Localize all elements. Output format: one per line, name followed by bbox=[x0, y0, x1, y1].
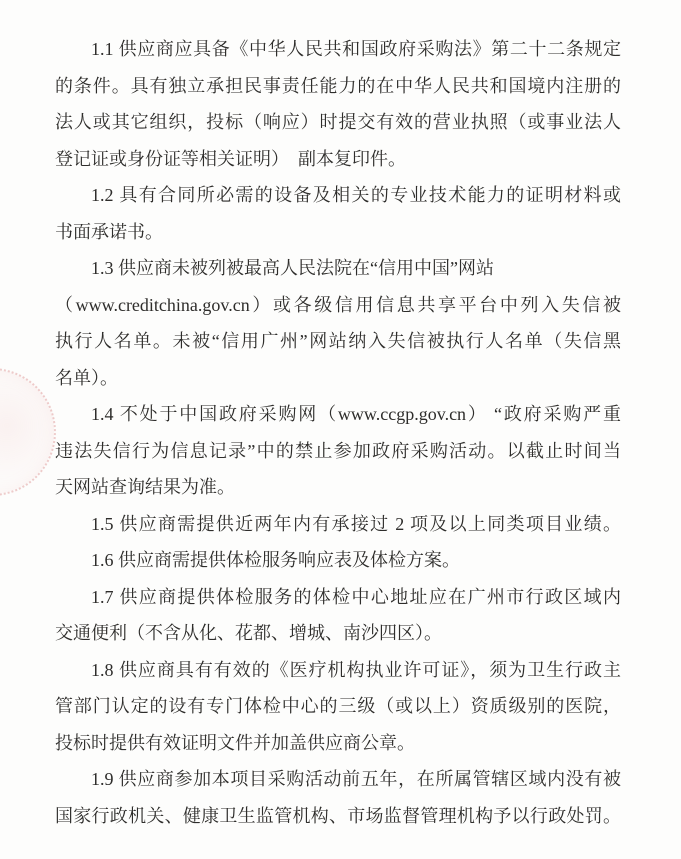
document-line: 投标时提供有效证明文件并加盖供应商公章。 bbox=[55, 725, 621, 762]
document-line: 1.9 供应商参加本项目采购活动前五年，在所属管辖区域内没有被 bbox=[55, 761, 621, 798]
document-line: 天网站查询结果为准。 bbox=[55, 469, 621, 506]
document-line: 1.2 具有合同所必需的设备及相关的专业技术能力的证明材料或 bbox=[55, 177, 621, 214]
document-line: 执行人名单。未被“信用广州”网站纳入失信被执行人名单（失信黑 bbox=[55, 323, 621, 360]
document-line: 1.7 供应商提供体检服务的体检中心地址应在广州市行政区域内 bbox=[55, 579, 621, 616]
document-line: 的条件。具有独立承担民事责任能力的在中华人民共和国境内注册的 bbox=[55, 68, 621, 105]
document-line: 1.4 不处于中国政府采购网（www.ccgp.gov.cn） “政府采购严重 bbox=[55, 396, 621, 433]
document-body: 1.1 供应商应具备《中华人民共和国政府采购法》第二十二条规定的条件。具有独立承… bbox=[55, 31, 621, 834]
red-seal-stamp-partial bbox=[0, 368, 56, 496]
document-line: 登记证或身份证等相关证明） 副本复印件。 bbox=[55, 141, 621, 178]
document-line: 1.5 供应商需提供近两年内有承接过 2 项及以上同类项目业绩。 bbox=[55, 506, 621, 543]
document-line: （www.creditchina.gov.cn）或各级信用信息共享平台中列入失信… bbox=[55, 287, 621, 324]
document-line: 1.3 供应商未被列被最高人民法院在“信用中国”网站 bbox=[55, 250, 621, 287]
document-line: 1.1 供应商应具备《中华人民共和国政府采购法》第二十二条规定 bbox=[55, 31, 621, 68]
document-line: 管部门认定的设有专门体检中心的三级（或以上）资质级别的医院， bbox=[55, 688, 621, 725]
document-line: 名单）。 bbox=[55, 360, 621, 397]
document-line: 1.6 供应商需提供体检服务响应表及体检方案。 bbox=[55, 542, 621, 579]
document-line: 违法失信行为信息记录”中的禁止参加政府采购活动。以截止时间当 bbox=[55, 433, 621, 470]
document-line: 法人或其它组织，投标（响应）时提交有效的营业执照（或事业法人 bbox=[55, 104, 621, 141]
scanned-document-page: 1.1 供应商应具备《中华人民共和国政府采购法》第二十二条规定的条件。具有独立承… bbox=[0, 0, 681, 859]
document-line: 国家行政机关、健康卫生监管机构、市场监督管理机构予以行政处罚。 bbox=[55, 798, 621, 835]
document-line: 书面承诺书。 bbox=[55, 214, 621, 251]
document-line: 1.8 供应商具有有效的《医疗机构执业许可证》，须为卫生行政主 bbox=[55, 652, 621, 689]
document-line: 交通便利（不含从化、花都、增城、南沙四区）。 bbox=[55, 615, 621, 652]
